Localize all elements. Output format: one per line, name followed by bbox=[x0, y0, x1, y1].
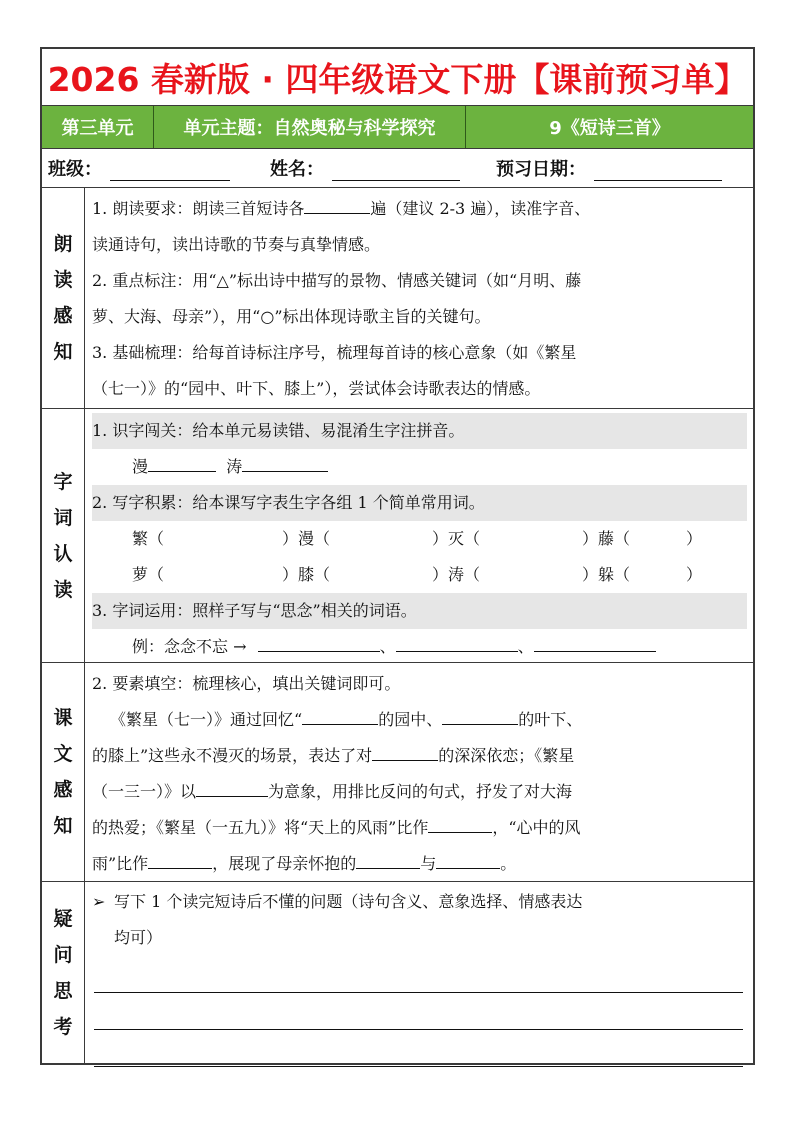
label-char: 词 bbox=[53, 500, 72, 536]
section-reading: 朗 读 感 知 1. 朗读要求：朗读三首短诗各遍（建议 2-3 遍），读准字音、… bbox=[42, 188, 753, 409]
label-char: 感 bbox=[53, 772, 72, 808]
text: ） bbox=[686, 521, 702, 557]
separator: 、 bbox=[380, 637, 396, 656]
section-label: 课 文 感 知 bbox=[42, 663, 85, 881]
fill-blank[interactable] bbox=[302, 704, 378, 725]
vocab-question-3: 3. 字词运用：照样子写与“思念”相关的词语。 bbox=[92, 593, 747, 629]
label-char: 字 bbox=[53, 464, 72, 500]
fill-blank[interactable] bbox=[196, 776, 268, 797]
unit-label: 第三单元 bbox=[42, 106, 154, 148]
char: 涛 bbox=[226, 457, 242, 476]
text: 的园中、 bbox=[378, 710, 442, 729]
class-field: 班级： bbox=[48, 155, 270, 181]
section-body: 1. 识字闯关：给本单元易读错、易混淆生字注拼音。 漫 涛 2. 写字积累：给本… bbox=[85, 409, 753, 662]
section-body: 1. 朗读要求：朗读三首短诗各遍（建议 2-3 遍），读准字音、 读通诗句，读出… bbox=[85, 188, 753, 408]
answer-blank[interactable] bbox=[396, 631, 518, 652]
comprehension-line-4: 的热爱；《繁星（一五九）》将“天上的风雨”比作，“心中的风 bbox=[92, 810, 747, 846]
word-slot[interactable]: ）膝（ bbox=[282, 557, 432, 593]
name-input-line[interactable] bbox=[332, 166, 460, 181]
label-char: 认 bbox=[53, 536, 72, 572]
char: 漫 bbox=[132, 457, 148, 476]
section-vocabulary: 字 词 认 读 1. 识字闯关：给本单元易读错、易混淆生字注拼音。 漫 涛 2.… bbox=[42, 409, 753, 663]
section-body: 2. 要素填空：梳理核心，填出关键词即可。 《繁星（七一）》通过回忆“的园中、的… bbox=[85, 663, 753, 881]
reading-item-2: 2. 重点标注：用“△”标出诗中描写的景物、情感关键词（如“月明、藤 bbox=[92, 263, 747, 299]
answer-line-1[interactable] bbox=[94, 956, 743, 993]
arrow-bullet-icon: ➢ bbox=[92, 884, 114, 920]
text: 写下 1 个读完短诗后不懂的问题（诗句含义、意象选择、情感表达 bbox=[114, 892, 582, 911]
word-group-row-1: 繁（ ）漫（ ）灭（ ）藤（） bbox=[92, 521, 747, 557]
answer-blank[interactable] bbox=[258, 631, 380, 652]
fill-blank[interactable] bbox=[436, 848, 500, 869]
word-slot[interactable]: ）漫（ bbox=[282, 521, 432, 557]
label-char: 文 bbox=[53, 736, 72, 772]
label-char: 读 bbox=[53, 262, 72, 298]
label-char: 疑 bbox=[53, 901, 72, 937]
word-slot[interactable]: ）灭（ bbox=[432, 521, 582, 557]
label-char: 问 bbox=[53, 937, 72, 973]
reading-item-1: 1. 朗读要求：朗读三首短诗各遍（建议 2-3 遍），读准字音、 bbox=[92, 191, 747, 227]
fill-blank[interactable] bbox=[356, 848, 420, 869]
reading-item-1-cont: 读通诗句，读出诗歌的节奏与真挚情感。 bbox=[92, 227, 747, 263]
text: 。 bbox=[500, 854, 516, 873]
comprehension-line-2: 的膝上”这些永不漫灭的场景，表达了对的深深依恋；《繁星 bbox=[92, 738, 747, 774]
separator: 、 bbox=[518, 637, 534, 656]
word-slot[interactable]: 繁（ bbox=[132, 521, 282, 557]
text: 与 bbox=[420, 854, 436, 873]
vocab-question-2: 2. 写字积累：给本课写字表生字各组 1 个简单常用词。 bbox=[92, 485, 747, 521]
word-slot-last[interactable]: ）躲（） bbox=[582, 557, 732, 593]
label-char: 朗 bbox=[53, 226, 72, 262]
worksheet-title: 2026 春新版 · 四年级语文下册【课前预习单】 bbox=[42, 49, 753, 106]
answer-blank[interactable] bbox=[534, 631, 656, 652]
text: 的深深依恋；《繁星 bbox=[438, 746, 574, 765]
worksheet: 2026 春新版 · 四年级语文下册【课前预习单】 第三单元 单元主题：自然奥秘… bbox=[40, 47, 755, 1065]
answer-line-2[interactable] bbox=[94, 993, 743, 1030]
class-input-line[interactable] bbox=[110, 166, 230, 181]
label-char: 考 bbox=[53, 1009, 72, 1045]
label-char: 读 bbox=[53, 572, 72, 608]
fill-blank[interactable] bbox=[442, 704, 518, 725]
answer-line-3[interactable] bbox=[94, 1030, 743, 1067]
label-char: 知 bbox=[53, 808, 72, 844]
section-questions: 疑 问 思 考 ➢写下 1 个读完短诗后不懂的问题（诗句含义、意象选择、情感表达… bbox=[42, 882, 753, 1063]
date-input-line[interactable] bbox=[594, 166, 722, 181]
text: 的热爱；《繁星（一五九）》将“天上的风雨”比作 bbox=[92, 818, 428, 837]
word-slot[interactable]: 萝（ bbox=[132, 557, 282, 593]
question-prompt: ➢写下 1 个读完短诗后不懂的问题（诗句含义、意象选择、情感表达 bbox=[92, 884, 747, 920]
label-char: 知 bbox=[53, 334, 72, 370]
section-label: 朗 读 感 知 bbox=[42, 188, 85, 408]
student-info-row: 班级： 姓名： 预习日期： bbox=[42, 149, 753, 188]
reading-item-3-cont: （七一）》的“园中、叶下、膝上”），尝试体会诗歌表达的情感。 bbox=[92, 371, 747, 407]
label-char: 思 bbox=[53, 973, 72, 1009]
name-field: 姓名： bbox=[270, 155, 496, 181]
text: ）躲（ bbox=[582, 557, 630, 593]
comprehension-heading: 2. 要素填空：梳理核心，填出关键词即可。 bbox=[92, 666, 747, 702]
text: ） bbox=[686, 557, 702, 593]
text: 《繁星（七一）》通过回忆“ bbox=[110, 710, 302, 729]
name-label: 姓名： bbox=[270, 155, 324, 181]
comprehension-line-1: 《繁星（七一）》通过回忆“的园中、的叶下、 bbox=[92, 702, 747, 738]
example-row: 例：念念不忘 → 、、 bbox=[92, 629, 747, 665]
text: 为意象，用排比反问的句式，抒发了对大海 bbox=[268, 782, 572, 801]
word-slot[interactable]: ）涛（ bbox=[432, 557, 582, 593]
text: 1. 朗读要求：朗读三首短诗各 bbox=[92, 199, 304, 218]
lesson-title: 9《短诗三首》 bbox=[466, 106, 753, 148]
comprehension-line-3: （一三一）》以为意象，用排比反问的句式，抒发了对大海 bbox=[92, 774, 747, 810]
text: ，“心中的风 bbox=[492, 818, 580, 837]
reading-item-2-cont: 萝、大海、母亲”），用“○”标出体现诗歌主旨的关键句。 bbox=[92, 299, 747, 335]
fill-blank[interactable] bbox=[372, 740, 438, 761]
example-text: 例：念念不忘 → bbox=[132, 637, 247, 656]
text: ，展现了母亲怀抱的 bbox=[212, 854, 356, 873]
header-bar: 第三单元 单元主题：自然奥秘与科学探究 9《短诗三首》 bbox=[42, 106, 753, 149]
section-body: ➢写下 1 个读完短诗后不懂的问题（诗句含义、意象选择、情感表达 均可） bbox=[85, 882, 753, 1063]
class-label: 班级： bbox=[48, 155, 102, 181]
text: 的叶下、 bbox=[518, 710, 582, 729]
word-slot-last[interactable]: ）藤（） bbox=[582, 521, 732, 557]
fill-blank[interactable] bbox=[304, 193, 370, 214]
vocab-question-1: 1. 识字闯关：给本单元易读错、易混淆生字注拼音。 bbox=[92, 413, 747, 449]
date-label: 预习日期： bbox=[496, 155, 586, 181]
pinyin-blank[interactable] bbox=[242, 451, 328, 472]
word-group-row-2: 萝（ ）膝（ ）涛（ ）躲（） bbox=[92, 557, 747, 593]
text: 遍（建议 2-3 遍），读准字音、 bbox=[370, 199, 590, 218]
date-field: 预习日期： bbox=[496, 155, 722, 181]
text: ）藤（ bbox=[582, 521, 630, 557]
section-label: 疑 问 思 考 bbox=[42, 882, 85, 1063]
pinyin-row: 漫 涛 bbox=[92, 449, 747, 485]
pinyin-blank[interactable] bbox=[148, 451, 216, 472]
reading-item-3: 3. 基础梳理：给每首诗标注序号，梳理每首诗的核心意象（如《繁星 bbox=[92, 335, 747, 371]
text: （一三一）》以 bbox=[92, 782, 196, 801]
section-text-comprehension: 课 文 感 知 2. 要素填空：梳理核心，填出关键词即可。 《繁星（七一）》通过… bbox=[42, 663, 753, 882]
label-char: 课 bbox=[53, 700, 72, 736]
fill-blank[interactable] bbox=[148, 848, 212, 869]
comprehension-line-5: 雨”比作，展现了母亲怀抱的与。 bbox=[92, 846, 747, 882]
text: 的膝上”这些永不漫灭的场景，表达了对 bbox=[92, 746, 372, 765]
question-prompt-cont: 均可） bbox=[92, 920, 747, 956]
fill-blank[interactable] bbox=[428, 812, 492, 833]
label-char: 感 bbox=[53, 298, 72, 334]
text: 雨”比作 bbox=[92, 854, 148, 873]
unit-theme: 单元主题：自然奥秘与科学探究 bbox=[154, 106, 466, 148]
section-label: 字 词 认 读 bbox=[42, 409, 85, 662]
